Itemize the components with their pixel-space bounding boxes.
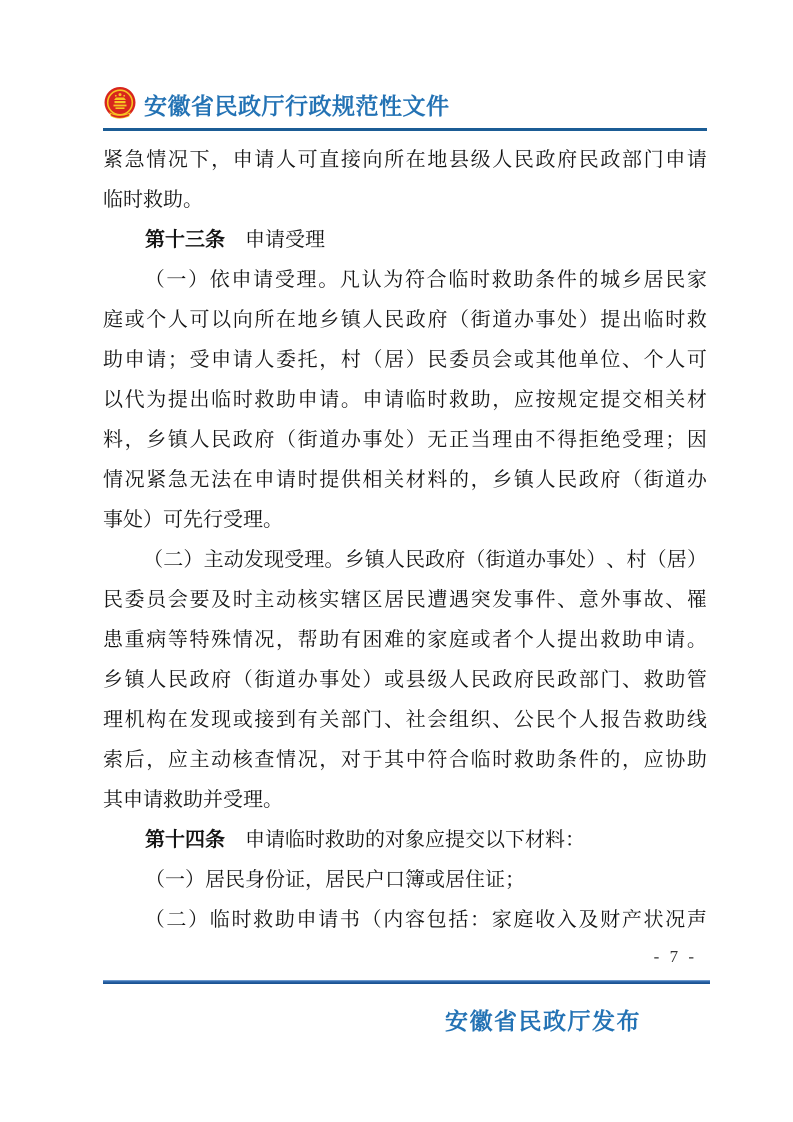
header-title: 安徽省民政厅行政规范性文件 <box>144 88 450 121</box>
text-line: 其申请救助并受理。 <box>103 780 707 820</box>
text-line: （二）临时救助申请书（内容包括：家庭收入及财产状况声 <box>103 900 707 940</box>
footer-rule <box>103 980 710 984</box>
publisher-label: 安徽省民政厅发布 <box>445 1003 641 1036</box>
document-header: 安徽省民政厅行政规范性文件 <box>103 84 707 124</box>
text-line: 庭或个人可以向所在地乡镇人民政府（街道办事处）提出临时救 <box>103 300 707 340</box>
document-page: 安徽省民政厅行政规范性文件 紧急情况下，申请人可直接向所在地县级人民政府民政部门… <box>0 0 793 1122</box>
text-line: 乡镇人民政府（街道办事处）或县级人民政府民政部门、救助管 <box>103 660 707 700</box>
china-national-emblem-icon <box>103 86 137 122</box>
text-line: （二）主动发现受理。乡镇人民政府（街道办事处）、村（居） <box>103 540 707 580</box>
text-line: 索后，应主动核查情况，对于其中符合临时救助条件的，应协助 <box>103 740 707 780</box>
text-line: 情况紧急无法在申请时提供相关材料的，乡镇人民政府（街道办 <box>103 460 707 500</box>
text-line: 第十三条 申请受理 <box>103 220 707 260</box>
text-line: 助申请；受申请人委托，村（居）民委员会或其他单位、个人可 <box>103 340 707 380</box>
header-rule <box>103 128 707 131</box>
text-line: 患重病等特殊情况，帮助有困难的家庭或者个人提出救助申请。 <box>103 620 707 660</box>
text-line: 临时救助。 <box>103 180 707 220</box>
text-line: 第十四条 申请临时救助的对象应提交以下材料： <box>103 820 707 860</box>
text-line: 紧急情况下，申请人可直接向所在地县级人民政府民政部门申请 <box>103 140 707 180</box>
text-line: 以代为提出临时救助申请。申请临时救助，应按规定提交相关材 <box>103 380 707 420</box>
text-line: （一）依申请受理。凡认为符合临时救助条件的城乡居民家 <box>103 260 707 300</box>
page-number: - 7 - <box>654 947 697 967</box>
text-line: 理机构在发现或接到有关部门、社会组织、公民个人报告救助线 <box>103 700 707 740</box>
text-line: （一）居民身份证，居民户口簿或居住证； <box>103 860 707 900</box>
text-line: 民委员会要及时主动核实辖区居民遭遇突发事件、意外事故、罹 <box>103 580 707 620</box>
document-body: 紧急情况下，申请人可直接向所在地县级人民政府民政部门申请临时救助。第十三条 申请… <box>103 140 707 940</box>
text-line: 料，乡镇人民政府（街道办事处）无正当理由不得拒绝受理；因 <box>103 420 707 460</box>
text-line: 事处）可先行受理。 <box>103 500 707 540</box>
